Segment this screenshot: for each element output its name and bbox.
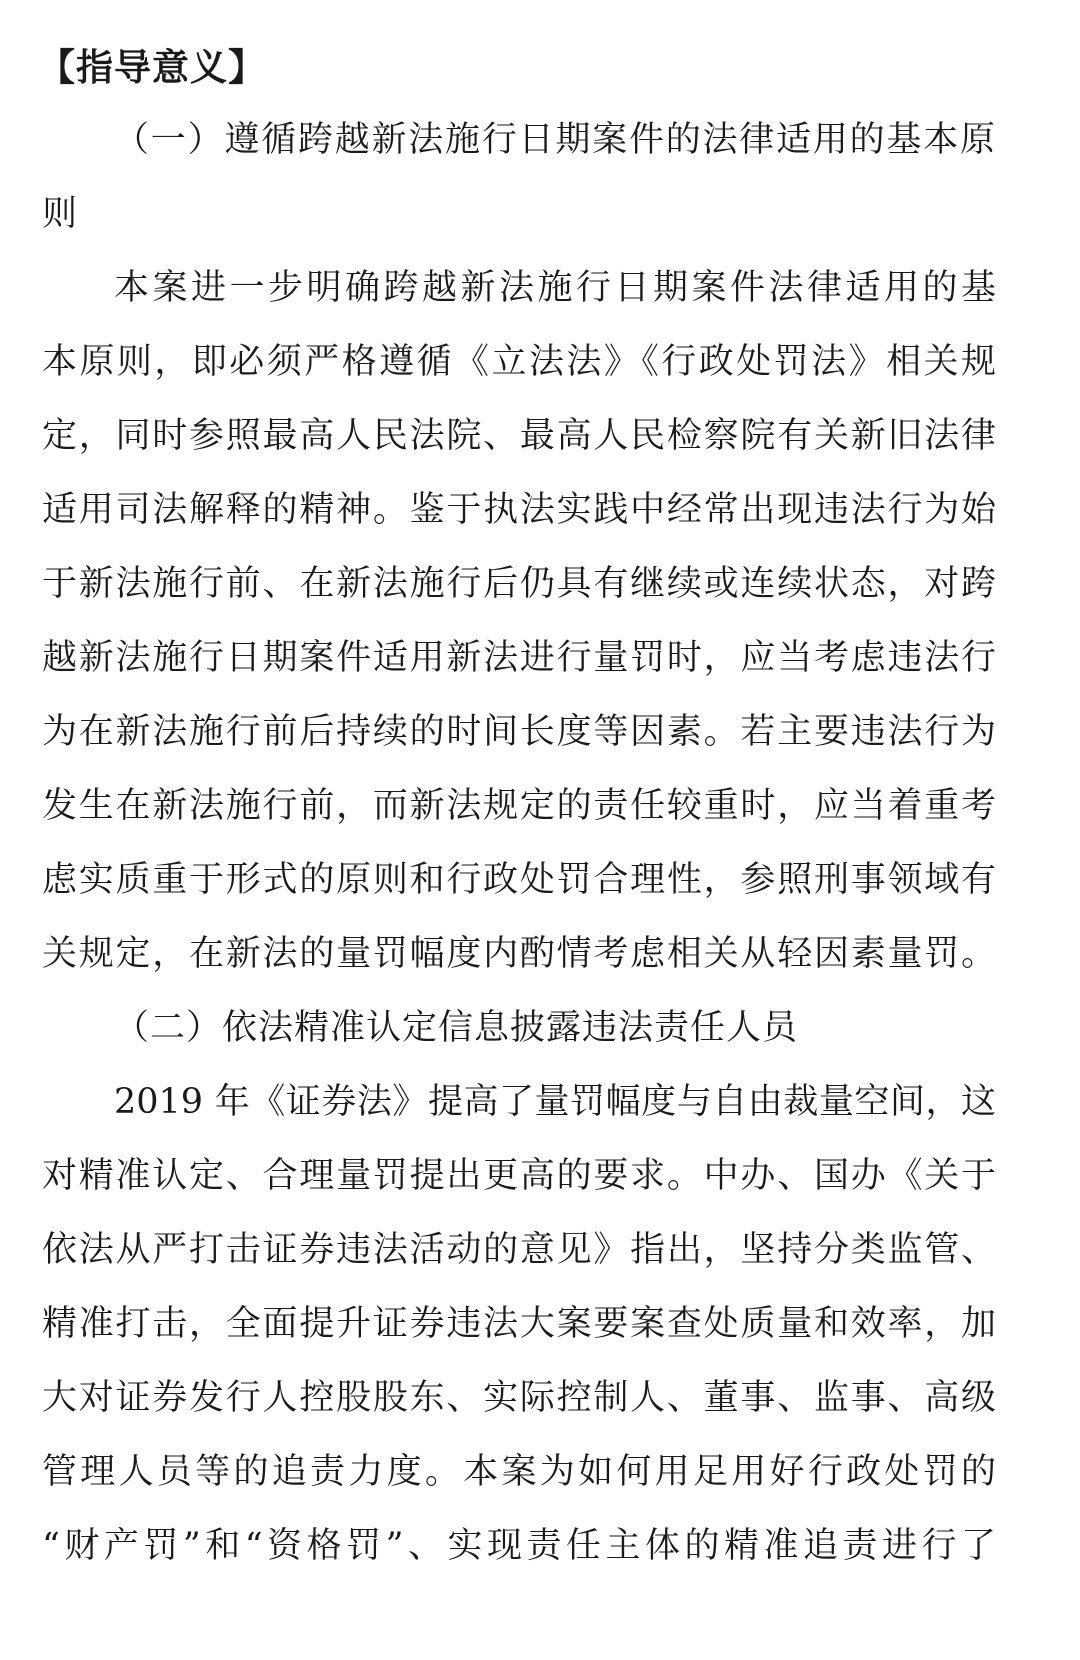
- paragraph-1-line-9: 虑实质重于形式的原则和行政处罚合理性，参照刑事领域有: [42, 856, 996, 904]
- paragraph-1-line-3: 定，同时参照最高人民法院、最高人民检察院有关新旧法律: [42, 412, 996, 460]
- paragraph-1-line-6: 越新法施行日期案件适用新法进行量罚时，应当考虑违法行: [42, 634, 996, 682]
- paragraph-1-line-10: 关规定，在新法的量罚幅度内酌情考虑相关从轻因素量罚。: [42, 930, 996, 978]
- paragraph-2-line-1: 2019 年《证券法》提高了量罚幅度与自由裁量空间，这: [114, 1078, 996, 1126]
- paragraph-1-line-1: 本案进一步明确跨越新法施行日期案件法律适用的基: [114, 264, 996, 312]
- paragraph-2-line-7: “财产罚”和“资格罚”、实现责任主体的精准追责进行了: [42, 1522, 996, 1570]
- paragraph-2-line-6: 管理人员等的追责力度。本案为如何用足用好行政处罚的: [42, 1448, 996, 1496]
- section-1-heading-line-2: 则: [42, 190, 996, 238]
- paragraph-2-line-2: 对精准认定、合理量罚提出更高的要求。中办、国办《关于: [42, 1152, 996, 1200]
- paragraph-2-line-4: 精准打击，全面提升证券违法大案要案查处质量和效率，加: [42, 1300, 996, 1348]
- document-page: 【指导意义】 （一）遵循跨越新法施行日期案件的法律适用的基本原 则 本案进一步明…: [0, 0, 1080, 1660]
- section-2-heading: （二）依法精准认定信息披露违法责任人员: [114, 1004, 996, 1052]
- paragraph-1-line-4: 适用司法解释的精神。鉴于执法实践中经常出现违法行为始: [42, 486, 996, 534]
- paragraph-1-line-5: 于新法施行前、在新法施行后仍具有继续或连续状态，对跨: [42, 560, 996, 608]
- paragraph-1-line-8: 发生在新法施行前，而新法规定的责任较重时，应当着重考: [42, 782, 996, 830]
- paragraph-1-line-2: 本原则，即必须严格遵循《立法法》《行政处罚法》相关规: [42, 338, 996, 386]
- paragraph-2-line-3: 依法从严打击证券违法活动的意见》指出，坚持分类监管、: [42, 1226, 996, 1274]
- section-1-heading-line-1: （一）遵循跨越新法施行日期案件的法律适用的基本原: [114, 116, 996, 164]
- paragraph-1-line-7: 为在新法施行前后持续的时间长度等因素。若主要违法行为: [42, 708, 996, 756]
- paragraph-2-line-5: 大对证券发行人控股股东、实际控制人、董事、监事、高级: [42, 1374, 996, 1422]
- section-title: 【指导意义】: [38, 44, 266, 92]
